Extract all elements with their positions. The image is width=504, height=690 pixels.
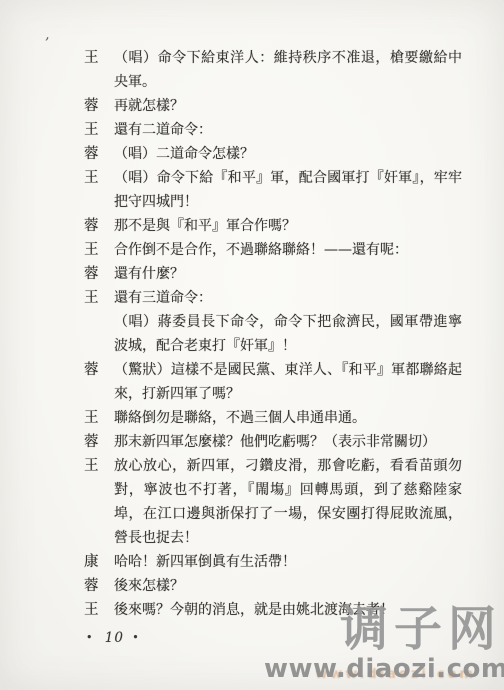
page-number-value: 10 xyxy=(105,630,124,646)
speaker-label: 王 xyxy=(84,238,114,262)
dialogue-text: 放心放心，新四軍，刁鑽皮滑，那會吃虧，看看苗頭勿對，寧波也不打著，『閙塲』回轉馬… xyxy=(114,454,462,550)
dialogue-text: 聯絡倒勿是聯絡，不過三個人串通串通。 xyxy=(114,406,462,430)
dialogue-line: （唱）蔣委員長下命令，命令下把兪濟民，國軍帶進寧波城，配合老東打『奸軍』！ xyxy=(114,310,462,358)
page-number-left-dot: • xyxy=(86,631,97,644)
dialogue-row: 蓉 再就怎樣？ xyxy=(0,94,504,118)
speaker-label: 蓉 xyxy=(84,94,114,118)
dialogue-text: 哈哈！新四軍倒眞有生活帶！ xyxy=(114,550,462,574)
speaker-label: 王 xyxy=(84,406,114,430)
page-number: • 10 • xyxy=(86,630,143,646)
speaker-label: 康 xyxy=(84,550,114,574)
dialogue-row: 王 放心放心，新四軍，刁鑽皮滑，那會吃虧，看看苗頭勿對，寧波也不打著，『閙塲』回… xyxy=(0,454,504,550)
dialogue-line: （唱）二道命令怎樣？ xyxy=(114,142,462,166)
dialogue-line: 再就怎樣？ xyxy=(114,94,462,118)
dialogue-text: 合作倒不是合作，不過聯絡聯絡！——還有呢： xyxy=(114,238,462,262)
speaker-label: 蓉 xyxy=(84,358,114,382)
dialogue-line: 還有三道命令： xyxy=(114,286,462,310)
dialogue-row: 王 後來嗎？今朝的消息，就是由姚北渡海去者！ xyxy=(0,598,504,622)
dialogue-line: 還有二道命令： xyxy=(114,118,462,142)
dialogue-text: 還有二道命令： xyxy=(114,118,462,142)
speaker-label: 王 xyxy=(84,454,114,478)
watermark-ghost-url: www.diaozi.com xyxy=(315,667,476,682)
scanned-page: ’ 王 （唱）命令下給東洋人：維持秩序不准退，槍要繳給中央軍。 蓉 再就怎樣？ … xyxy=(0,0,504,690)
dialogue-text: 那末新四軍怎麼樣？他們吃虧嗎？（表示非常關切） xyxy=(114,430,462,454)
dialogue-row: 王 （唱）命令下給『和平』軍，配合國軍打『奸軍』，牢牢把守四城門！ xyxy=(0,166,504,214)
dialogue-line: 放心放心，新四軍，刁鑽皮滑，那會吃虧，看看苗頭勿對，寧波也不打著，『閙塲』回轉馬… xyxy=(114,454,462,550)
dialogue-line: 合作倒不是合作，不過聯絡聯絡！——還有呢： xyxy=(114,238,462,262)
dialogue-line: （唱）命令下給東洋人：維持秩序不准退，槍要繳給中央軍。 xyxy=(114,46,462,94)
dialogue-line: （唱）命令下給『和平』軍，配合國軍打『奸軍』，牢牢把守四城門！ xyxy=(114,166,462,214)
dialogue-row: 王 聯絡倒勿是聯絡，不過三個人串通串通。 xyxy=(0,406,504,430)
dialogue-row: 王 合作倒不是合作，不過聯絡聯絡！——還有呢： xyxy=(0,238,504,262)
dialogue-text: 還有三道命令：（唱）蔣委員長下命令，命令下把兪濟民，國軍帶進寧波城，配合老東打『… xyxy=(114,286,462,358)
dialogue-line: 後來怎樣？ xyxy=(114,574,462,598)
dialogue-text: 後來嗎？今朝的消息，就是由姚北渡海去者！ xyxy=(114,598,462,622)
dialogue-line: 還有什麼？ xyxy=(114,262,462,286)
dialogue-row: 王 （唱）命令下給東洋人：維持秩序不准退，槍要繳給中央軍。 xyxy=(0,46,504,94)
dialogue-row: 蓉 （唱）二道命令怎樣？ xyxy=(0,142,504,166)
dialogue-line: 哈哈！新四軍倒眞有生活帶！ xyxy=(114,550,462,574)
dialogue-text: 那不是與『和平』軍合作嗎？ xyxy=(114,214,462,238)
dialogue-text: 後來怎樣？ xyxy=(114,574,462,598)
dialogue-line: 那末新四軍怎麼樣？他們吃虧嗎？（表示非常關切） xyxy=(114,430,462,454)
dialogue-row: 蓉 （驚狀）這樣不是國民黨、東洋人、『和平』軍都聯絡起來，打新四軍了嗎？ xyxy=(0,358,504,406)
dialogue-row: 蓉 那末新四軍怎麼樣？他們吃虧嗎？（表示非常關切） xyxy=(0,430,504,454)
speaker-label: 王 xyxy=(84,46,114,70)
dialogue-text: （唱）二道命令怎樣？ xyxy=(114,142,462,166)
speaker-label: 王 xyxy=(84,118,114,142)
dialogue-row: 蓉 後來怎樣？ xyxy=(0,574,504,598)
dialogue-row: 康 哈哈！新四軍倒眞有生活帶！ xyxy=(0,550,504,574)
dialogue-text: 還有什麼？ xyxy=(114,262,462,286)
dialogue-list: 王 （唱）命令下給東洋人：維持秩序不准退，槍要繳給中央軍。 蓉 再就怎樣？ 王 … xyxy=(0,46,504,622)
speaker-label: 蓉 xyxy=(84,262,114,286)
speaker-label: 王 xyxy=(84,286,114,310)
dialogue-text: 再就怎樣？ xyxy=(114,94,462,118)
speaker-label: 蓉 xyxy=(84,214,114,238)
dialogue-line: 那不是與『和平』軍合作嗎？ xyxy=(114,214,462,238)
dialogue-text: （驚狀）這樣不是國民黨、東洋人、『和平』軍都聯絡起來，打新四軍了嗎？ xyxy=(114,358,462,406)
dialogue-line: 後來嗎？今朝的消息，就是由姚北渡海去者！ xyxy=(114,598,462,622)
speaker-label: 蓉 xyxy=(84,430,114,454)
dialogue-row: 王 還有二道命令： xyxy=(0,118,504,142)
dialogue-row: 蓉 還有什麼？ xyxy=(0,262,504,286)
page-number-right-dot: • xyxy=(132,631,143,644)
dialogue-text: （唱）命令下給『和平』軍，配合國軍打『奸軍』，牢牢把守四城門！ xyxy=(114,166,462,214)
dialogue-text: （唱）命令下給東洋人：維持秩序不准退，槍要繳給中央軍。 xyxy=(114,46,462,94)
speaker-label: 蓉 xyxy=(84,142,114,166)
speaker-label: 王 xyxy=(84,598,114,622)
speaker-label: 蓉 xyxy=(84,574,114,598)
dialogue-line: （驚狀）這樣不是國民黨、東洋人、『和平』軍都聯絡起來，打新四軍了嗎？ xyxy=(114,358,462,406)
dialogue-row: 王 還有三道命令：（唱）蔣委員長下命令，命令下把兪濟民，國軍帶進寧波城，配合老東… xyxy=(0,286,504,358)
dialogue-line: 聯絡倒勿是聯絡，不過三個人串通串通。 xyxy=(114,406,462,430)
dialogue-row: 蓉 那不是與『和平』軍合作嗎？ xyxy=(0,214,504,238)
speaker-label: 王 xyxy=(84,166,114,190)
